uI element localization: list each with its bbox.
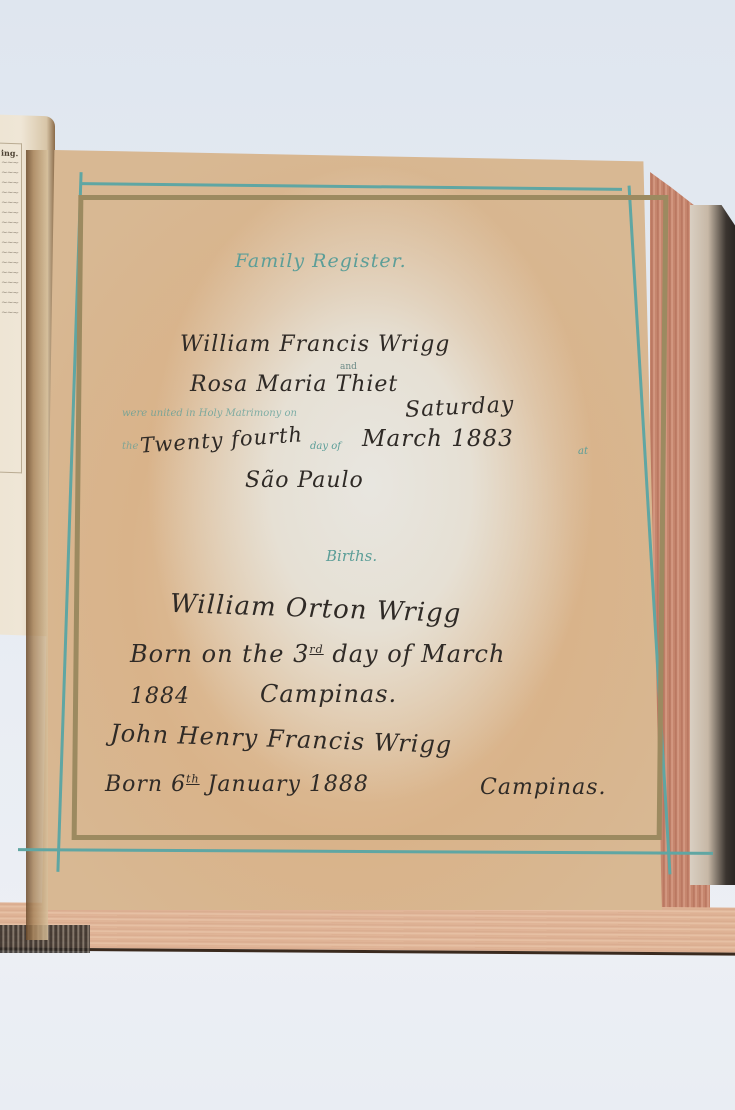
marriage-weekday: Saturday [404,392,515,423]
birth-2-date-line: Born 6th January 1888 [105,772,369,797]
at-label: at [578,446,588,457]
birth-1-date-line: Born on the 3rd day of March [130,640,505,668]
page-block-bottom-edge [0,902,735,955]
marriage-place: São Paulo [245,468,364,493]
book-gutter-shadow [26,150,48,940]
bride-name: Rosa Maria Thiet [190,372,398,397]
marriage-day-ordinal: Twenty fourth [139,422,303,457]
birth-1-name: William Orton Wrigg [170,589,462,629]
previous-page-text-column: ing. ~~~~~~~~~~~~ ~~~~~~~~~~~~ ~~~~~~~~~… [0,143,22,474]
day-of-label: day of [310,441,341,452]
previous-page-heading: ing. [1,148,20,159]
page-title: Family Register. [235,250,407,272]
book-cover-right [690,205,735,885]
birth-2-place: Campinas. [480,775,607,800]
birth-1-place: Campinas. [260,680,397,708]
and-label: and [340,362,357,372]
birth-1-year: 1884 [130,684,190,709]
the-label: the [122,441,138,452]
register-content: Family Register. William Francis Wrigg a… [100,240,660,840]
births-heading: Births. [326,547,377,565]
groom-name: William Francis Wrigg [180,332,450,357]
united-phrase: were united in Holy Matrimony on [122,408,297,419]
marriage-month-year: March 1883 [362,426,514,452]
birth-2-name: John Henry Francis Wrigg [110,719,453,759]
